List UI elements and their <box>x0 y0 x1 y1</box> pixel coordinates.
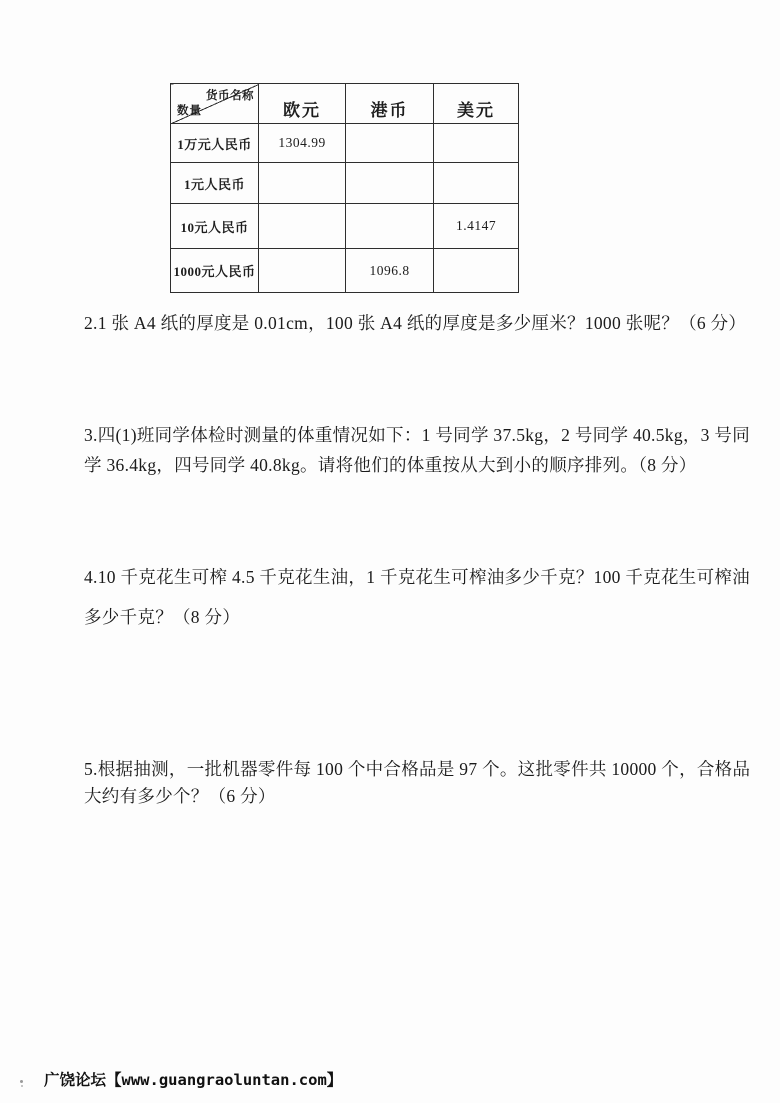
row-label: 1万元人民币 <box>171 124 259 163</box>
table-row: 1元人民币 <box>171 163 519 204</box>
value-cell <box>346 163 434 204</box>
corner-label-currency-name: 货币名称 <box>206 87 254 103</box>
worksheet-page: 货币名称 数量 欧元 港币 美元 1万元人民币 1304.99 1元人民币 <box>0 0 780 1103</box>
question-3: 3.四(1)班同学体检时测量的体重情况如下：1 号同学 37.5kg，2 号同学… <box>84 424 750 484</box>
row-label: 10元人民币 <box>171 204 259 249</box>
question-text-line: 2.1 张 A4 纸的厚度是 0.01cm，100 张 A4 纸的厚度是多少厘米… <box>84 310 746 335</box>
table-row: 1万元人民币 1304.99 <box>171 124 519 163</box>
value-cell: 1.4147 <box>434 204 519 249</box>
footer-site-credit: 广饶论坛【www.guangraoluntan.com】 <box>44 1068 342 1090</box>
row-label: 1元人民币 <box>171 163 259 204</box>
table-row: 1000元人民币 1096.8 <box>171 249 519 293</box>
row-label: 1000元人民币 <box>171 249 259 293</box>
value-cell <box>434 163 519 204</box>
value-cell <box>259 204 346 249</box>
question-text-line: 大约有多少个？（6 分） <box>84 785 750 812</box>
column-header-hkd: 港币 <box>346 84 434 124</box>
value-cell <box>346 124 434 163</box>
value-cell <box>346 204 434 249</box>
value-cell <box>434 249 519 293</box>
table-corner-cell: 货币名称 数量 <box>171 84 259 124</box>
table-header-row: 货币名称 数量 欧元 港币 美元 <box>171 84 519 124</box>
scan-speck <box>20 1080 23 1083</box>
table-row: 10元人民币 1.4147 <box>171 204 519 249</box>
value-cell <box>434 124 519 163</box>
currency-table: 货币名称 数量 欧元 港币 美元 1万元人民币 1304.99 1元人民币 <box>170 83 519 293</box>
column-header-usd: 美元 <box>434 84 519 124</box>
question-2: 2.1 张 A4 纸的厚度是 0.01cm，100 张 A4 纸的厚度是多少厘米… <box>84 310 746 335</box>
question-text-line: 学 36.4kg，四号同学 40.8kg。请将他们的体重按从大到小的顺序排列。（… <box>84 454 750 484</box>
question-5: 5.根据抽测，一批机器零件每 100 个中合格品是 97 个。这批零件共 100… <box>84 758 750 812</box>
value-cell: 1096.8 <box>346 249 434 293</box>
column-header-euro: 欧元 <box>259 84 346 124</box>
corner-label-quantity: 数量 <box>177 102 202 118</box>
question-text-line: 4.10 千克花生可榨 4.5 千克花生油，1 千克花生可榨油多少千克？100 … <box>84 566 750 606</box>
value-cell <box>259 163 346 204</box>
question-4: 4.10 千克花生可榨 4.5 千克花生油，1 千克花生可榨油多少千克？100 … <box>84 566 750 646</box>
value-cell <box>259 249 346 293</box>
value-cell: 1304.99 <box>259 124 346 163</box>
question-text-line: 5.根据抽测，一批机器零件每 100 个中合格品是 97 个。这批零件共 100… <box>84 758 750 785</box>
question-text-line: 多少千克？（8 分） <box>84 606 750 646</box>
question-text-line: 3.四(1)班同学体检时测量的体重情况如下：1 号同学 37.5kg，2 号同学… <box>84 424 750 454</box>
